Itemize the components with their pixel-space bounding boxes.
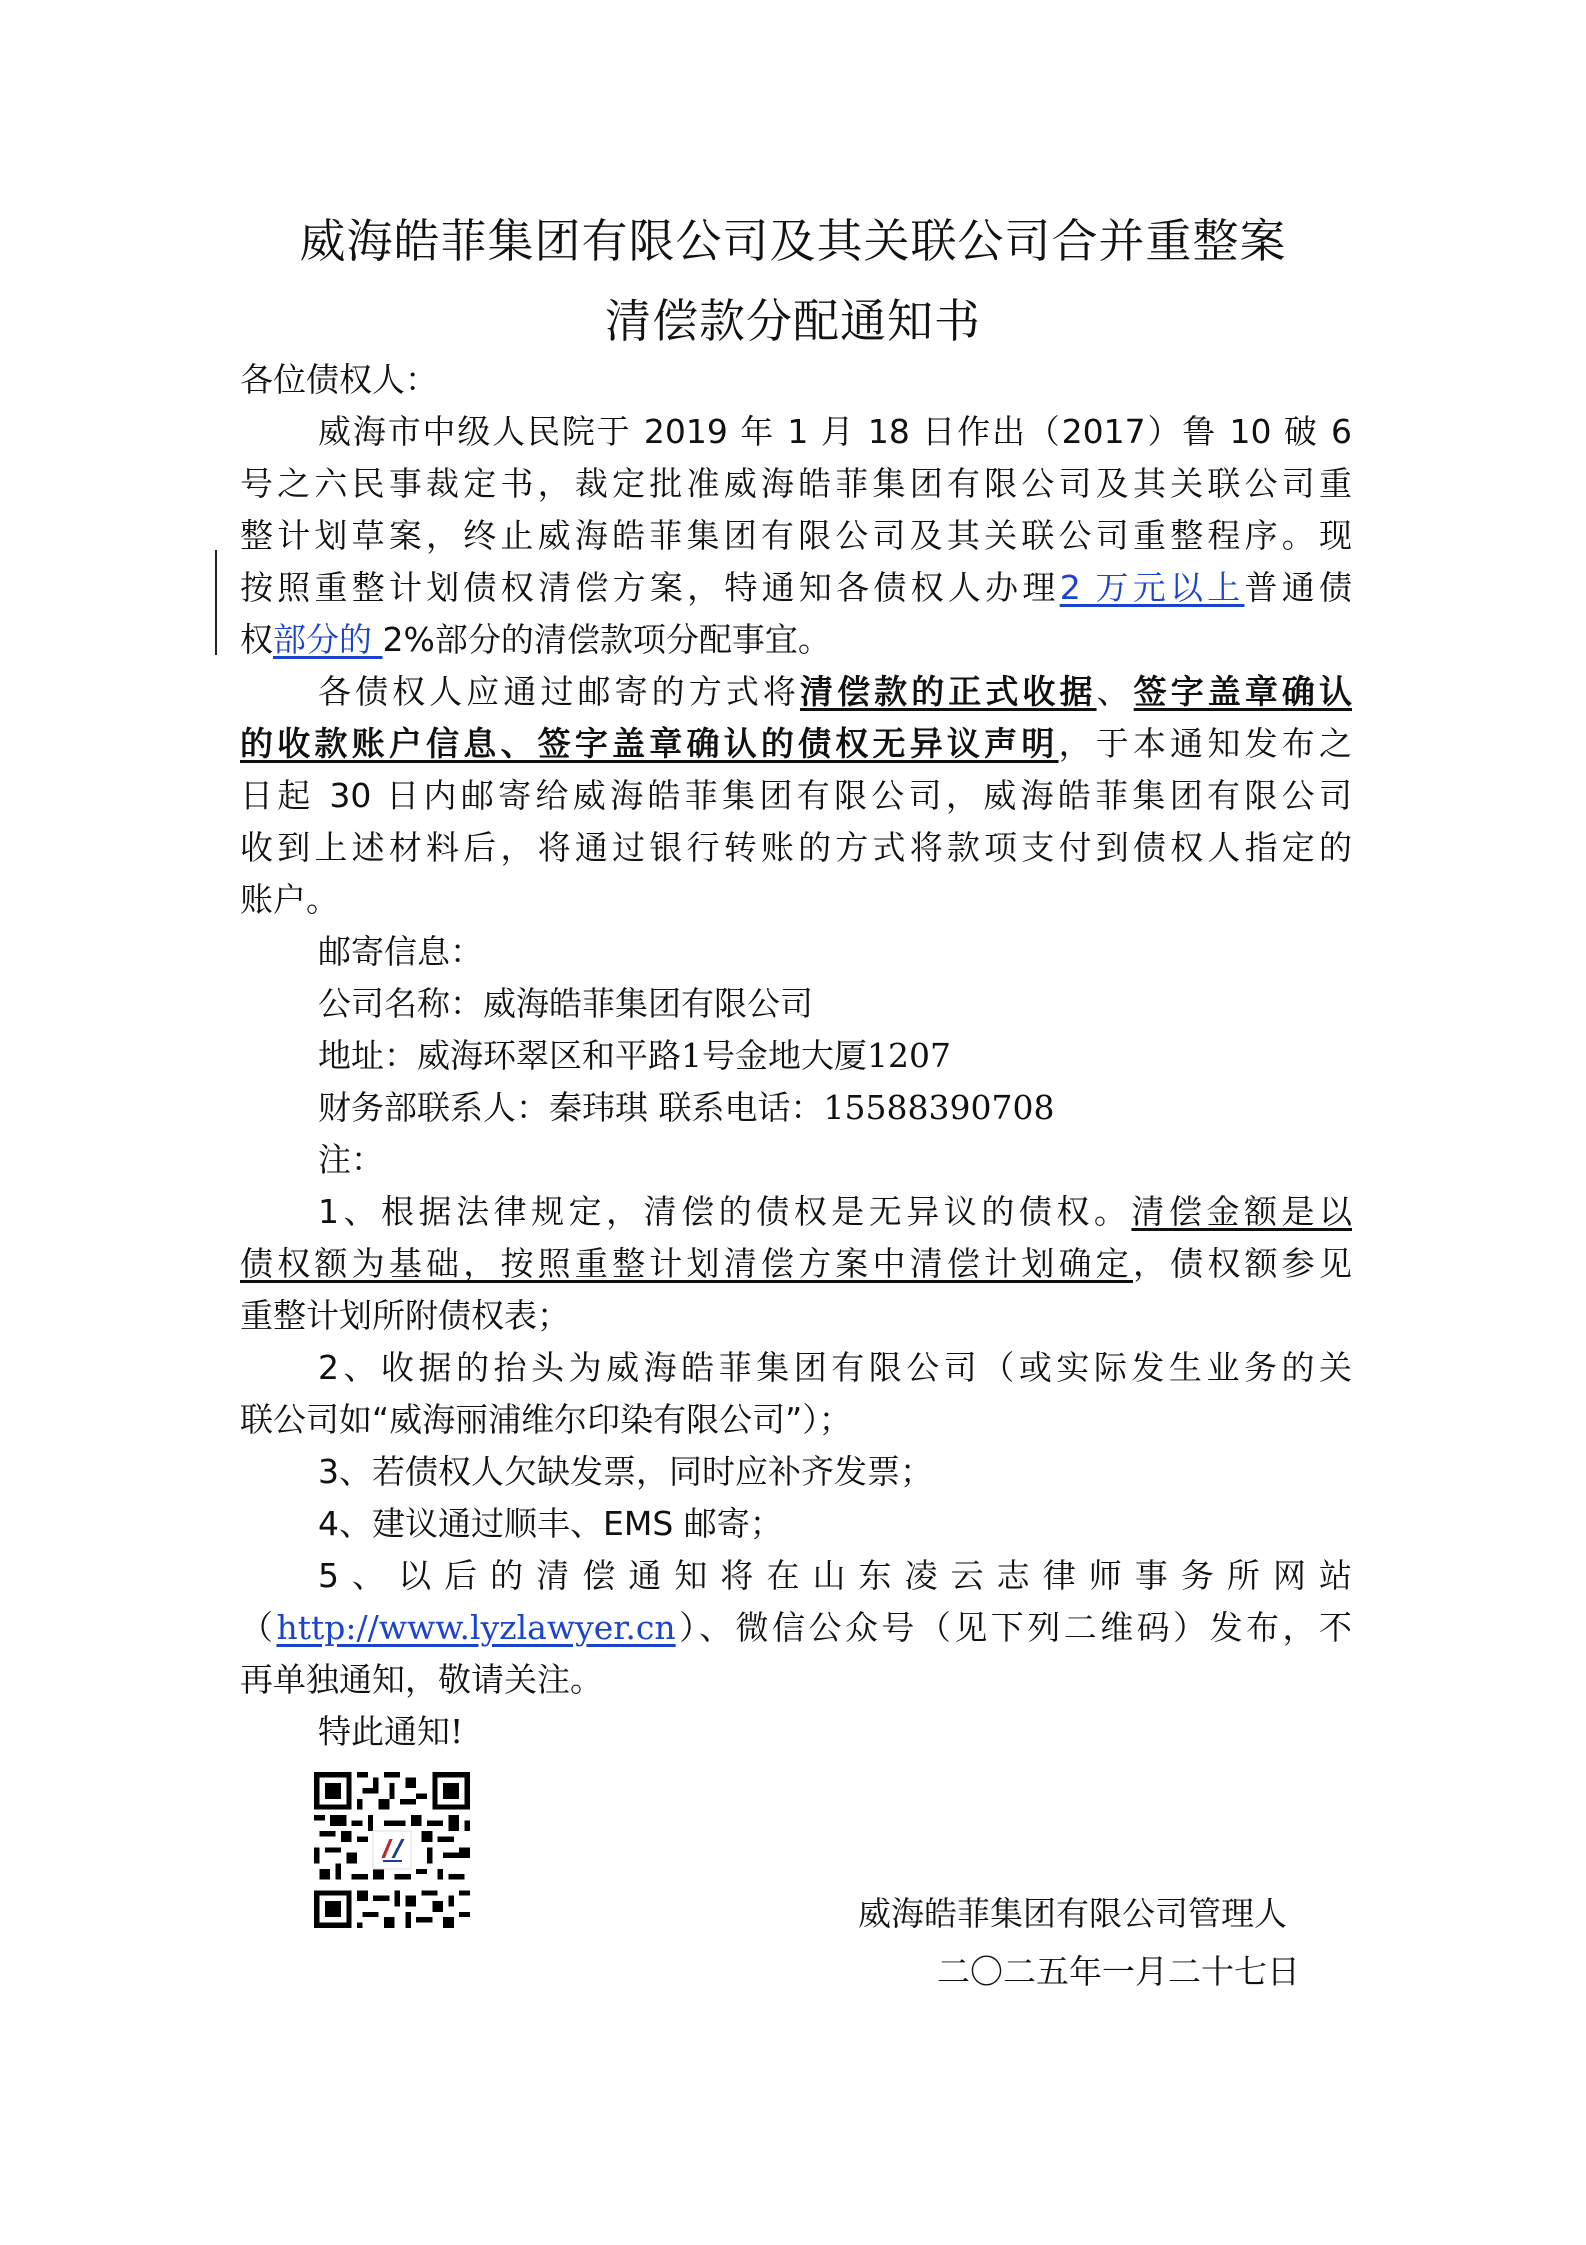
para2-line1: 各债权人应通过邮寄的方式将清偿款的正式收据、签字盖章确认 [318,672,1352,712]
para2-line5: 账户。 [240,880,1352,920]
link-partial[interactable]: 部分的 [273,620,383,659]
para2-line2-tail: ，于本通知发布之 [1059,724,1352,763]
note1-line1: 1、根据法律规定，清偿的债权是无异议的债权。清偿金额是以 [318,1192,1352,1232]
company-value: 威海皓菲集团有限公司 [483,984,813,1023]
mailing-company: 公司名称：威海皓菲集团有限公司 [318,984,1352,1024]
receipt-requirement: 清偿款的正式收据 [800,672,1097,711]
para1-line5-tail: 2%部分的清偿款项分配事宜。 [383,620,831,659]
phone-label: 联系电话： [659,1088,824,1127]
title-line-2: 清偿款分配通知书 [0,285,1586,351]
note1-line3: 重整计划所附债权表； [240,1296,1352,1336]
para2-line1-text: 各债权人应通过邮寄的方式将 [318,672,800,711]
mailing-contact: 财务部联系人：秦玮琪 联系电话：15588390708 [318,1088,1352,1128]
issue-date: 二〇二五年一月二十七日 [937,1946,1300,1993]
note1-underlined-cont: 债权额为基础，按照重整计划清偿方案中清偿计划确定 [240,1244,1133,1283]
notes-heading: 注： [318,1140,1352,1180]
contact-value: 秦玮琪 [549,1088,648,1127]
qr-code [314,1772,470,1928]
note3: 3、若债权人欠缺发票，同时应补齐发票； [318,1452,1352,1492]
closing: 特此通知! [318,1712,1352,1752]
contact-label: 财务部联系人： [318,1088,549,1127]
para2-line3: 日起 30 日内邮寄给威海皓菲集团有限公司，威海皓菲集团有限公司 [240,776,1352,816]
website-link[interactable]: http://www.lyzlawyer.cn [276,1608,675,1647]
mailing-heading: 邮寄信息： [318,932,1352,972]
qr-code-icon [314,1772,470,1928]
para1-line4-text: 按照重整计划债权清偿方案，特通知各债权人办理 [240,568,1060,607]
note5-line3: 再单独通知，敬请关注。 [240,1660,1352,1700]
mailing-address: 地址：威海环翠区和平路1号金地大厦1207 [318,1036,1352,1076]
para2-line2: 的收款账户信息、签字盖章确认的债权无异议声明，于本通知发布之 [240,724,1352,764]
note5-paren: （ [240,1608,276,1647]
note1-line2: 债权额为基础，按照重整计划清偿方案中清偿计划确定，债权额参见 [240,1244,1352,1284]
para1-line5: 权部分的 2%部分的清偿款项分配事宜。 [240,620,1352,660]
note5-line1: 5、以后的清偿通知将在山东凌云志律师事务所网站 [318,1556,1352,1596]
para1-line5-text: 权 [240,620,273,659]
para1-line1: 威海市中级人民院于 2019 年 1 月 18 日作出（2017）鲁 10 破 … [318,412,1352,452]
issuer-signature: 威海皓菲集团有限公司管理人 [858,1888,1287,1935]
company-label: 公司名称： [318,984,483,1023]
note2-line2: 联公司如“威海丽浦维尔印染有限公司”）； [240,1400,1352,1440]
link-2wan-above[interactable]: 2 万元以上 [1060,568,1245,607]
note5-line2: （http://www.lyzlawyer.cn）、微信公众号（见下列二维码）发… [240,1608,1352,1648]
note5-line2-tail: ）、微信公众号（见下列二维码）发布，不 [676,1608,1352,1647]
title-line-1: 威海皓菲集团有限公司及其关联公司合并重整案 [0,205,1586,271]
para2-sep: 、 [1097,672,1134,711]
para1-line4: 按照重整计划债权清偿方案，特通知各债权人办理2 万元以上普通债 [240,568,1352,608]
address-label: 地址： [318,1036,417,1075]
account-info-requirement: 的收款账户信息、签字盖章确认的债权无异议声明 [240,724,1059,763]
para2-line4: 收到上述材料后，将通过银行转账的方式将款项支付到债权人指定的 [240,828,1352,868]
note1-text: 1、根据法律规定，清偿的债权是无异议的债权。 [318,1192,1131,1231]
note1-line2-tail: ，债权额参见 [1133,1244,1352,1283]
signed-confirmation: 签字盖章确认 [1134,672,1352,711]
phone-value: 15588390708 [824,1088,1055,1127]
para1-line2: 号之六民事裁定书，裁定批准威海皓菲集团有限公司及其关联公司重 [240,464,1352,504]
para1-line4-tail: 普通债 [1244,568,1352,607]
note1-underlined: 清偿金额是以 [1131,1192,1352,1231]
note4: 4、建议通过顺丰、EMS 邮寄； [318,1504,1352,1544]
address-value: 威海环翠区和平路1号金地大厦1207 [417,1036,951,1075]
note2-line1: 2、收据的抬头为威海皓菲集团有限公司（或实际发生业务的关 [318,1348,1352,1388]
para1-line3: 整计划草案，终止威海皓菲集团有限公司及其关联公司重整程序。现 [240,516,1352,556]
salutation: 各位债权人： [240,360,1352,400]
change-bar [215,550,217,655]
